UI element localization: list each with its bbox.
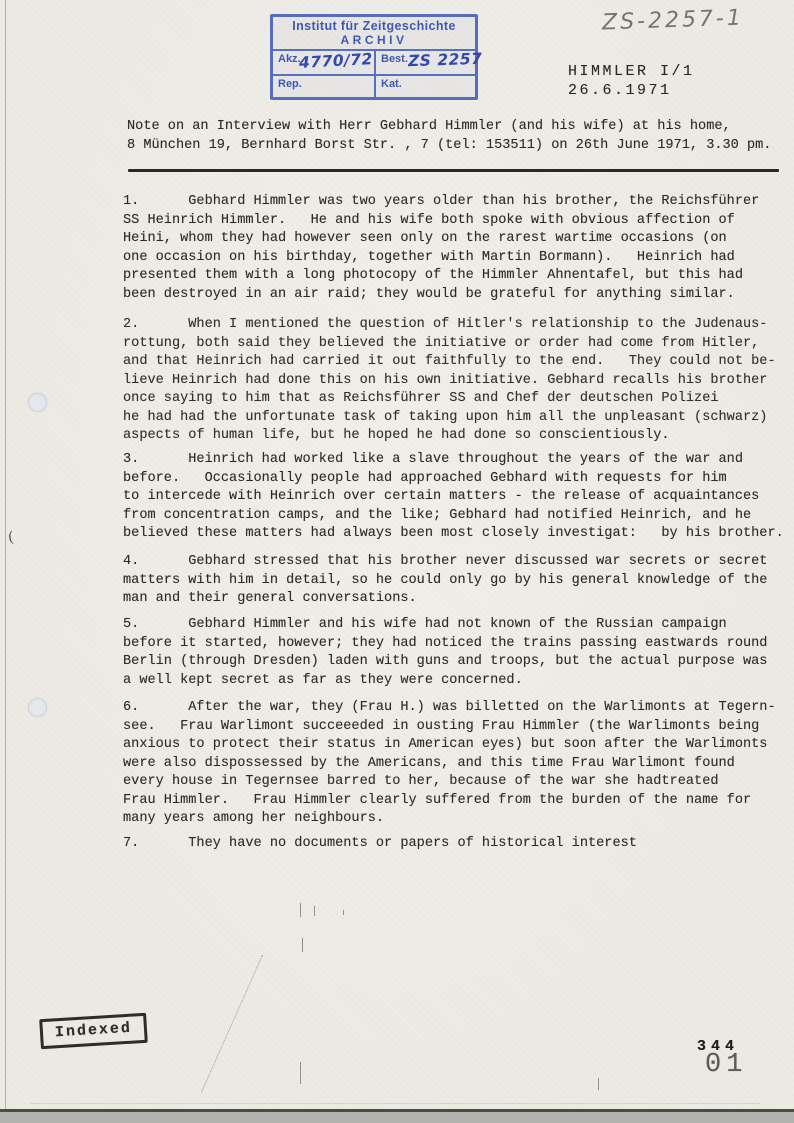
rep-label: Rep. <box>278 78 302 90</box>
scanned-document-page: ( Institut für Zeitgeschichte ARCHIV Akz… <box>0 0 794 1123</box>
paragraph-2: 2. When I mentioned the question of Hitl… <box>123 316 788 446</box>
archive-stamp-row: Rep. Kat. <box>273 76 475 97</box>
paragraph-4: 4. Gebhard stressed that his brother nev… <box>123 553 788 609</box>
paragraph-5: 5. Gebhard Himmler and his wife had not … <box>123 616 788 690</box>
paragraph-6: 6. After the war, they (Frau H.) was bil… <box>123 699 788 829</box>
pencil-archive-reference: ZS-2257-1 <box>602 6 745 36</box>
archive-stamp-archiv: ARCHIV <box>273 33 475 47</box>
fold-crease-mark <box>343 910 344 915</box>
archive-stamp-institute: Institut für Zeitgeschichte <box>273 19 475 33</box>
scan-edge-line <box>5 0 6 1112</box>
stamped-folio-number: 01 <box>705 1050 747 1080</box>
kat-label: Kat. <box>381 78 402 90</box>
paragraph-7: 7. They have no documents or papers of h… <box>123 835 788 854</box>
akz-label: Akz. <box>278 53 301 65</box>
fold-crease-mark <box>302 938 303 952</box>
fold-crease-mark <box>598 1078 599 1090</box>
paragraph-3: 3. Heinrich had worked like a slave thro… <box>123 451 788 544</box>
archive-stamp-rep-cell: Rep. <box>273 76 374 97</box>
fold-crease-mark <box>201 955 264 1093</box>
archive-stamp-row: Akz. 4770/72 Best. ZS 2257 <box>273 51 475 76</box>
title-divider-line <box>128 169 779 172</box>
document-reference: HIMMLER I/1 26.6.1971 <box>568 62 695 100</box>
fold-crease-mark <box>314 906 315 916</box>
fold-crease-mark <box>300 1062 301 1084</box>
paragraph-1: 1. Gebhard Himmler was two years older t… <box>123 193 788 304</box>
archive-stamp: Institut für Zeitgeschichte ARCHIV Akz. … <box>270 14 478 100</box>
fold-crease-mark <box>300 903 301 917</box>
punch-hole <box>28 698 47 717</box>
scan-bottom-edge <box>0 1109 794 1123</box>
margin-pencil-mark: ( <box>7 528 15 547</box>
akz-handwritten-value: 4770/72 <box>299 50 374 72</box>
document-title: Note on an Interview with Herr Gebhard H… <box>127 118 787 155</box>
archive-stamp-kat-cell: Kat. <box>374 76 475 97</box>
archive-stamp-best-cell: Best. ZS 2257 <box>374 51 475 74</box>
archive-stamp-akz-cell: Akz. 4770/72 <box>273 51 374 74</box>
best-handwritten-value: ZS 2257 <box>408 50 483 71</box>
best-label: Best. <box>381 53 408 65</box>
indexed-stamp: Indexed <box>39 1013 148 1049</box>
punch-hole <box>28 393 47 412</box>
archive-stamp-header: Institut für Zeitgeschichte ARCHIV <box>273 17 475 51</box>
fold-crease-mark <box>30 1103 760 1104</box>
